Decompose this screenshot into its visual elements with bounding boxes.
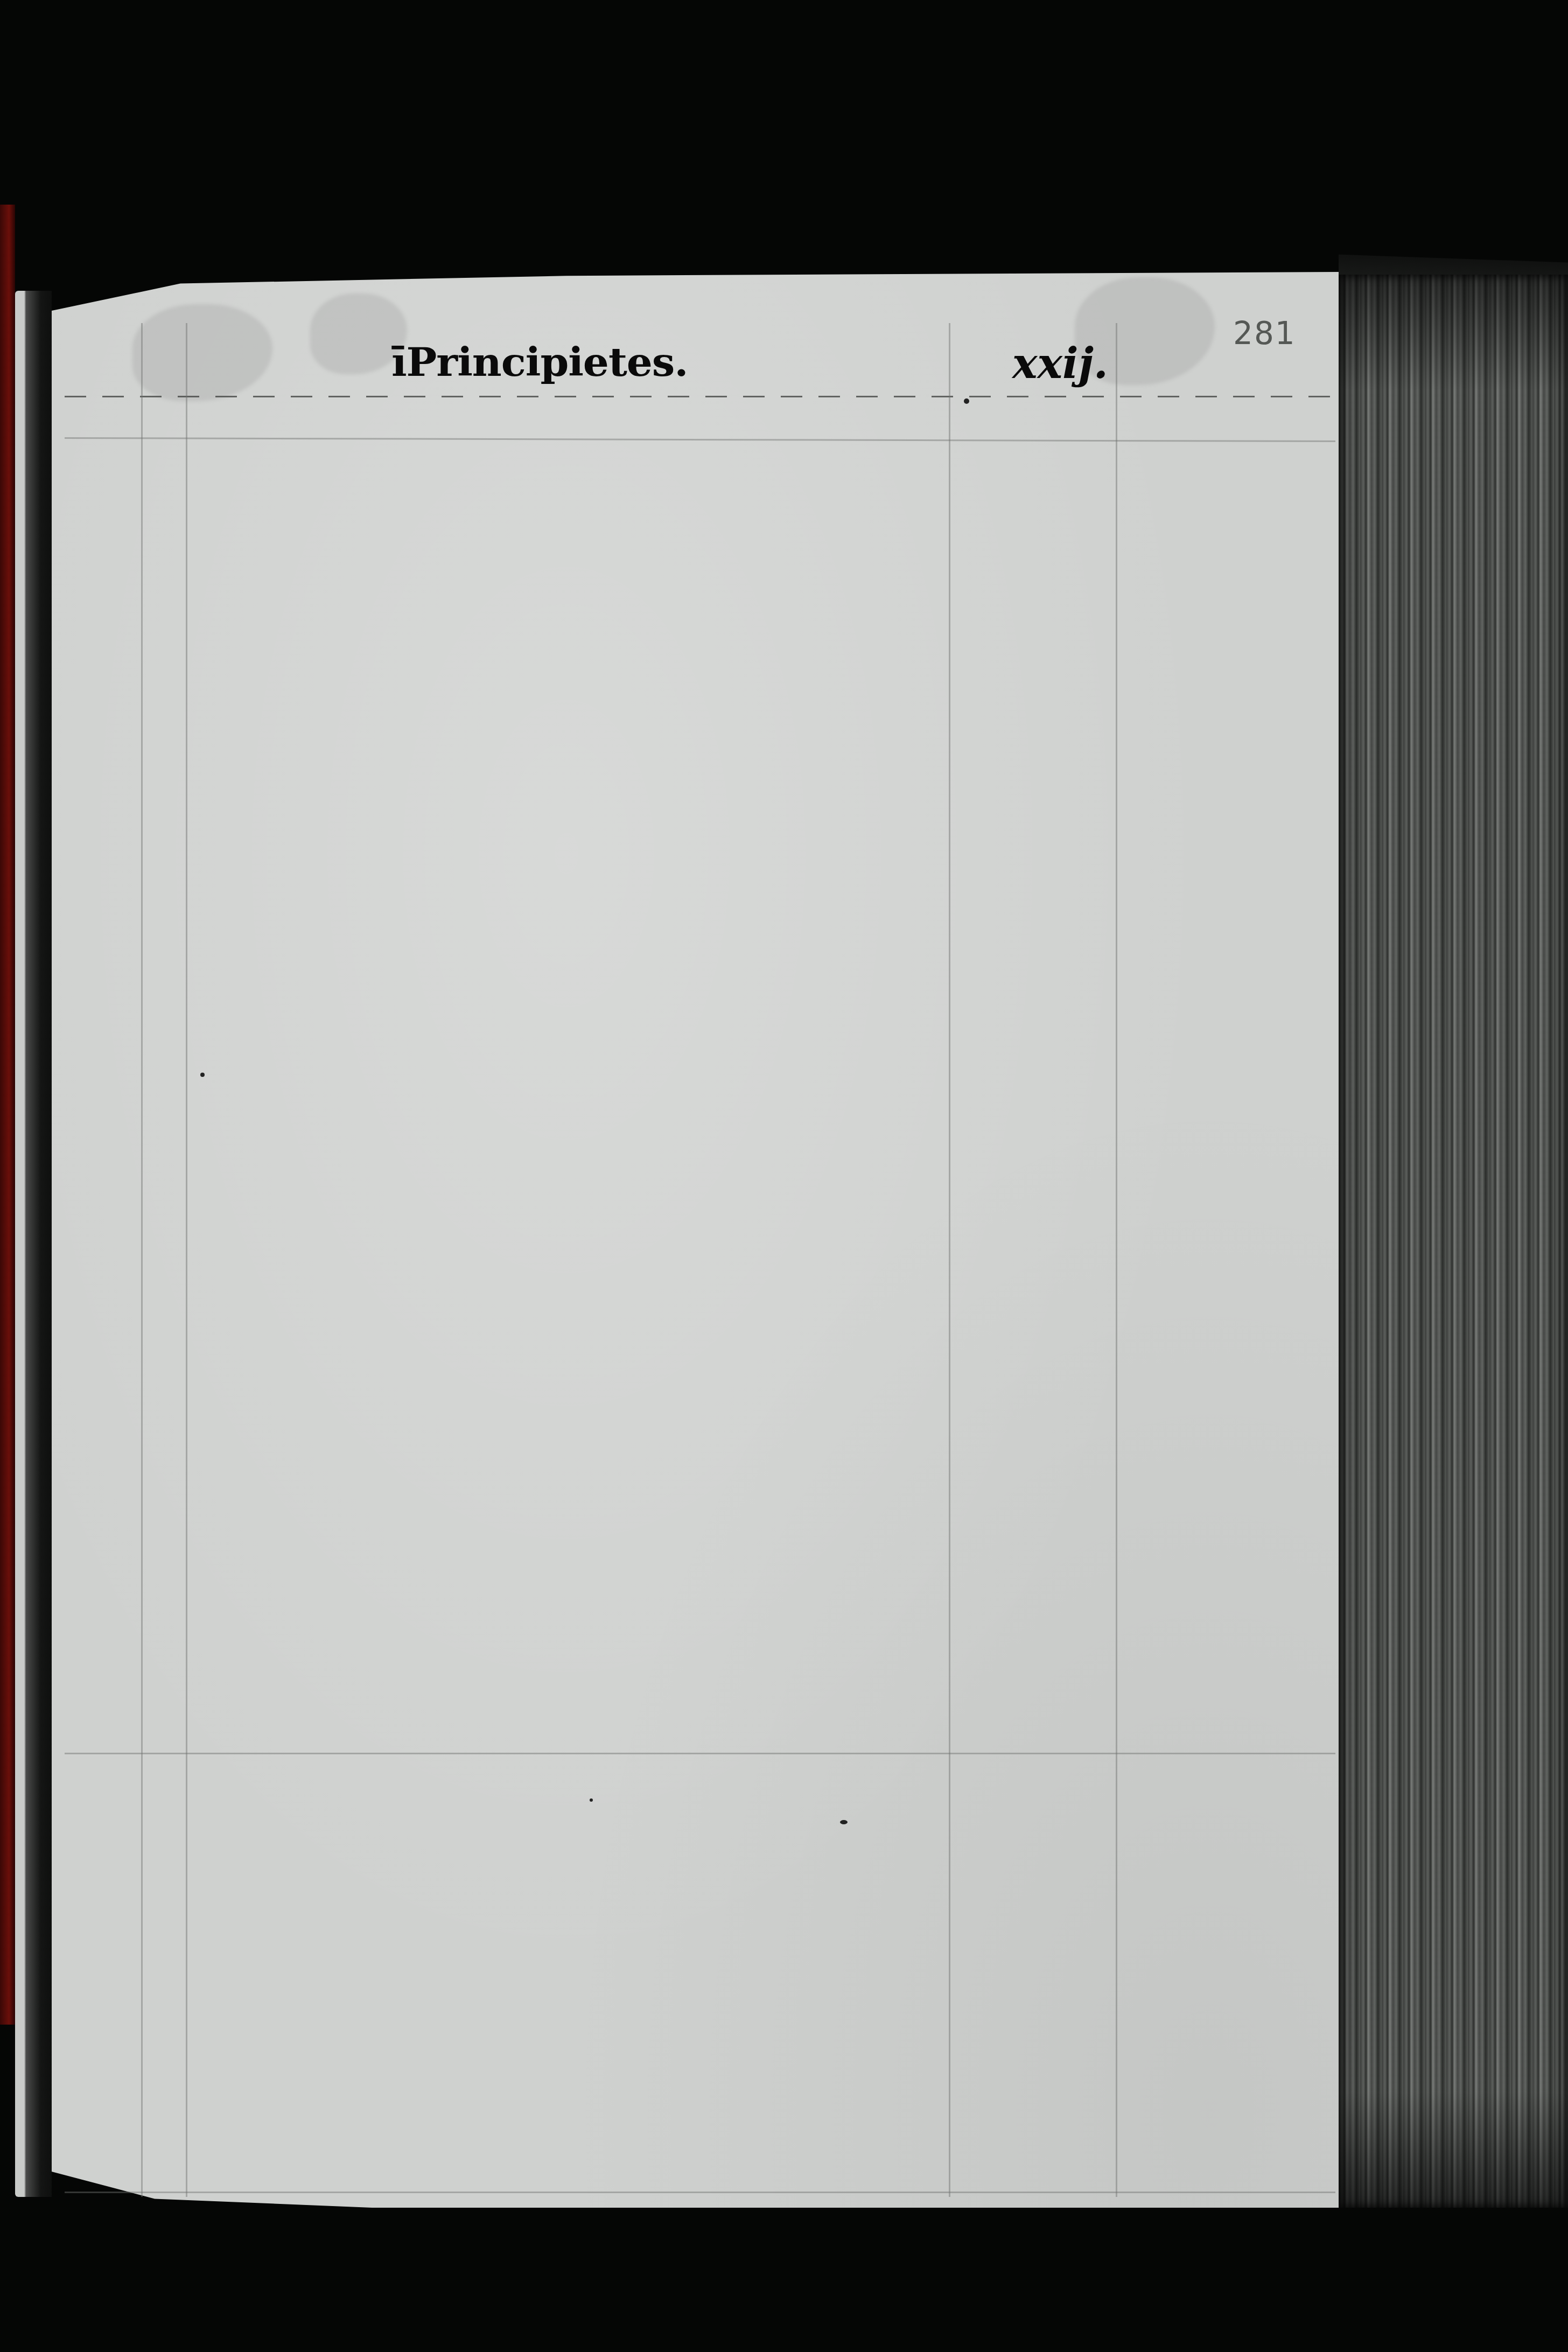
ink-speck [590, 1798, 593, 1802]
binding-edge [0, 205, 15, 2025]
ink-speck [200, 1073, 205, 1077]
ink-speck [840, 1820, 848, 1824]
water-stain [132, 304, 272, 401]
running-head-text: Principietes. [407, 339, 688, 385]
running-head-prefix: ī [391, 339, 407, 385]
ink-speck [964, 398, 969, 404]
margin-rule-outer [141, 323, 143, 2197]
folio-number: xxij. [1012, 339, 1108, 388]
text-block-fore-edge [1339, 275, 1568, 2208]
bottom-ruling-line [65, 2192, 1335, 2193]
page-leaf [52, 272, 1339, 2210]
column-rule-right [1116, 323, 1117, 2197]
background-shadow [0, 2208, 1568, 2352]
lower-ruling-line [65, 1753, 1335, 1754]
margin-rule-inner [186, 323, 187, 2197]
column-rule-left [949, 323, 950, 2197]
top-ruling-line [65, 396, 1335, 397]
previous-leaf-edge [15, 291, 52, 2197]
pencil-annotation: 281 [1233, 315, 1296, 352]
running-head: īPrincipietes. [391, 339, 688, 385]
